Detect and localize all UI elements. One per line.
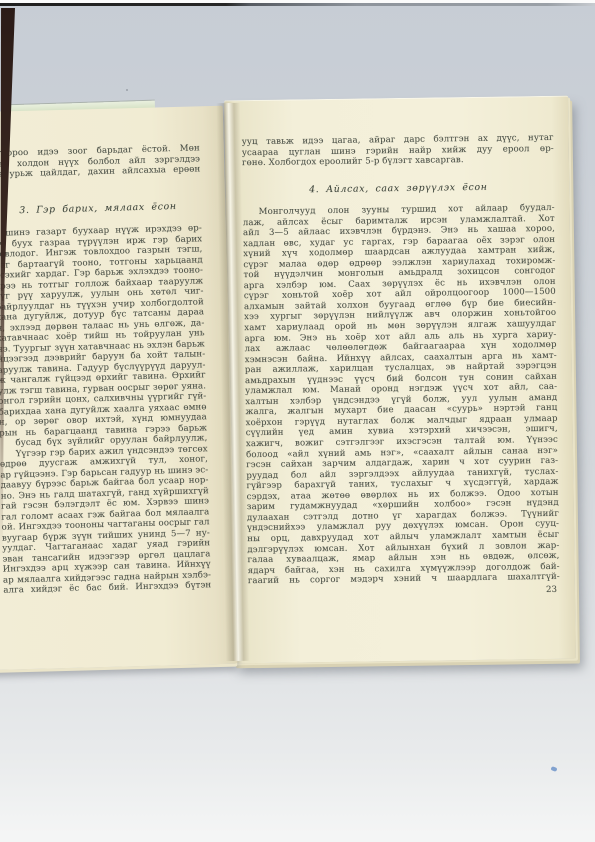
right-page-text: ууц тавьж идээ цагаа, айраг дарс бэлтгэн… — [241, 97, 561, 663]
left-page-text: огоороо идээ зоог барьдаг ёстой. Мөнаар … — [0, 106, 213, 669]
left-intro-paragraph: огоороо идээ зоог барьдаг ёстой. Мөнаар … — [0, 143, 200, 180]
scan-top-edge-line — [0, 3, 595, 6]
left-section-heading: 3. Гэр барих, мялаах ёсон — [0, 200, 201, 216]
scanned-book-photo: огоороо идээ зоог барьдаг ёстой. Мөнаар … — [0, 0, 595, 842]
right-section-heading: 4. Айлсах, саах зөрүүлэх ёсон — [242, 181, 554, 196]
right-page: ууц тавьж идээ цагаа, айраг дарс бэлтгэн… — [224, 96, 576, 664]
right-body-paragraphs: Монголчууд олон зууны туршид хот айлаар … — [243, 203, 560, 587]
left-body-paragraphs: а шинэ газарт буухаар нүүж ирэхдээ өр-гч… — [0, 223, 211, 596]
left-page: огоороо идээ зоог барьдаг ёстой. Мөнаар … — [0, 106, 237, 671]
right-intro-paragraph: ууц тавьж идээ цагаа, айраг дарс бэлтгэн… — [242, 133, 554, 169]
blue-ink-mark — [550, 766, 557, 772]
dust-speck — [126, 89, 128, 91]
page-number: 23 — [546, 585, 557, 595]
